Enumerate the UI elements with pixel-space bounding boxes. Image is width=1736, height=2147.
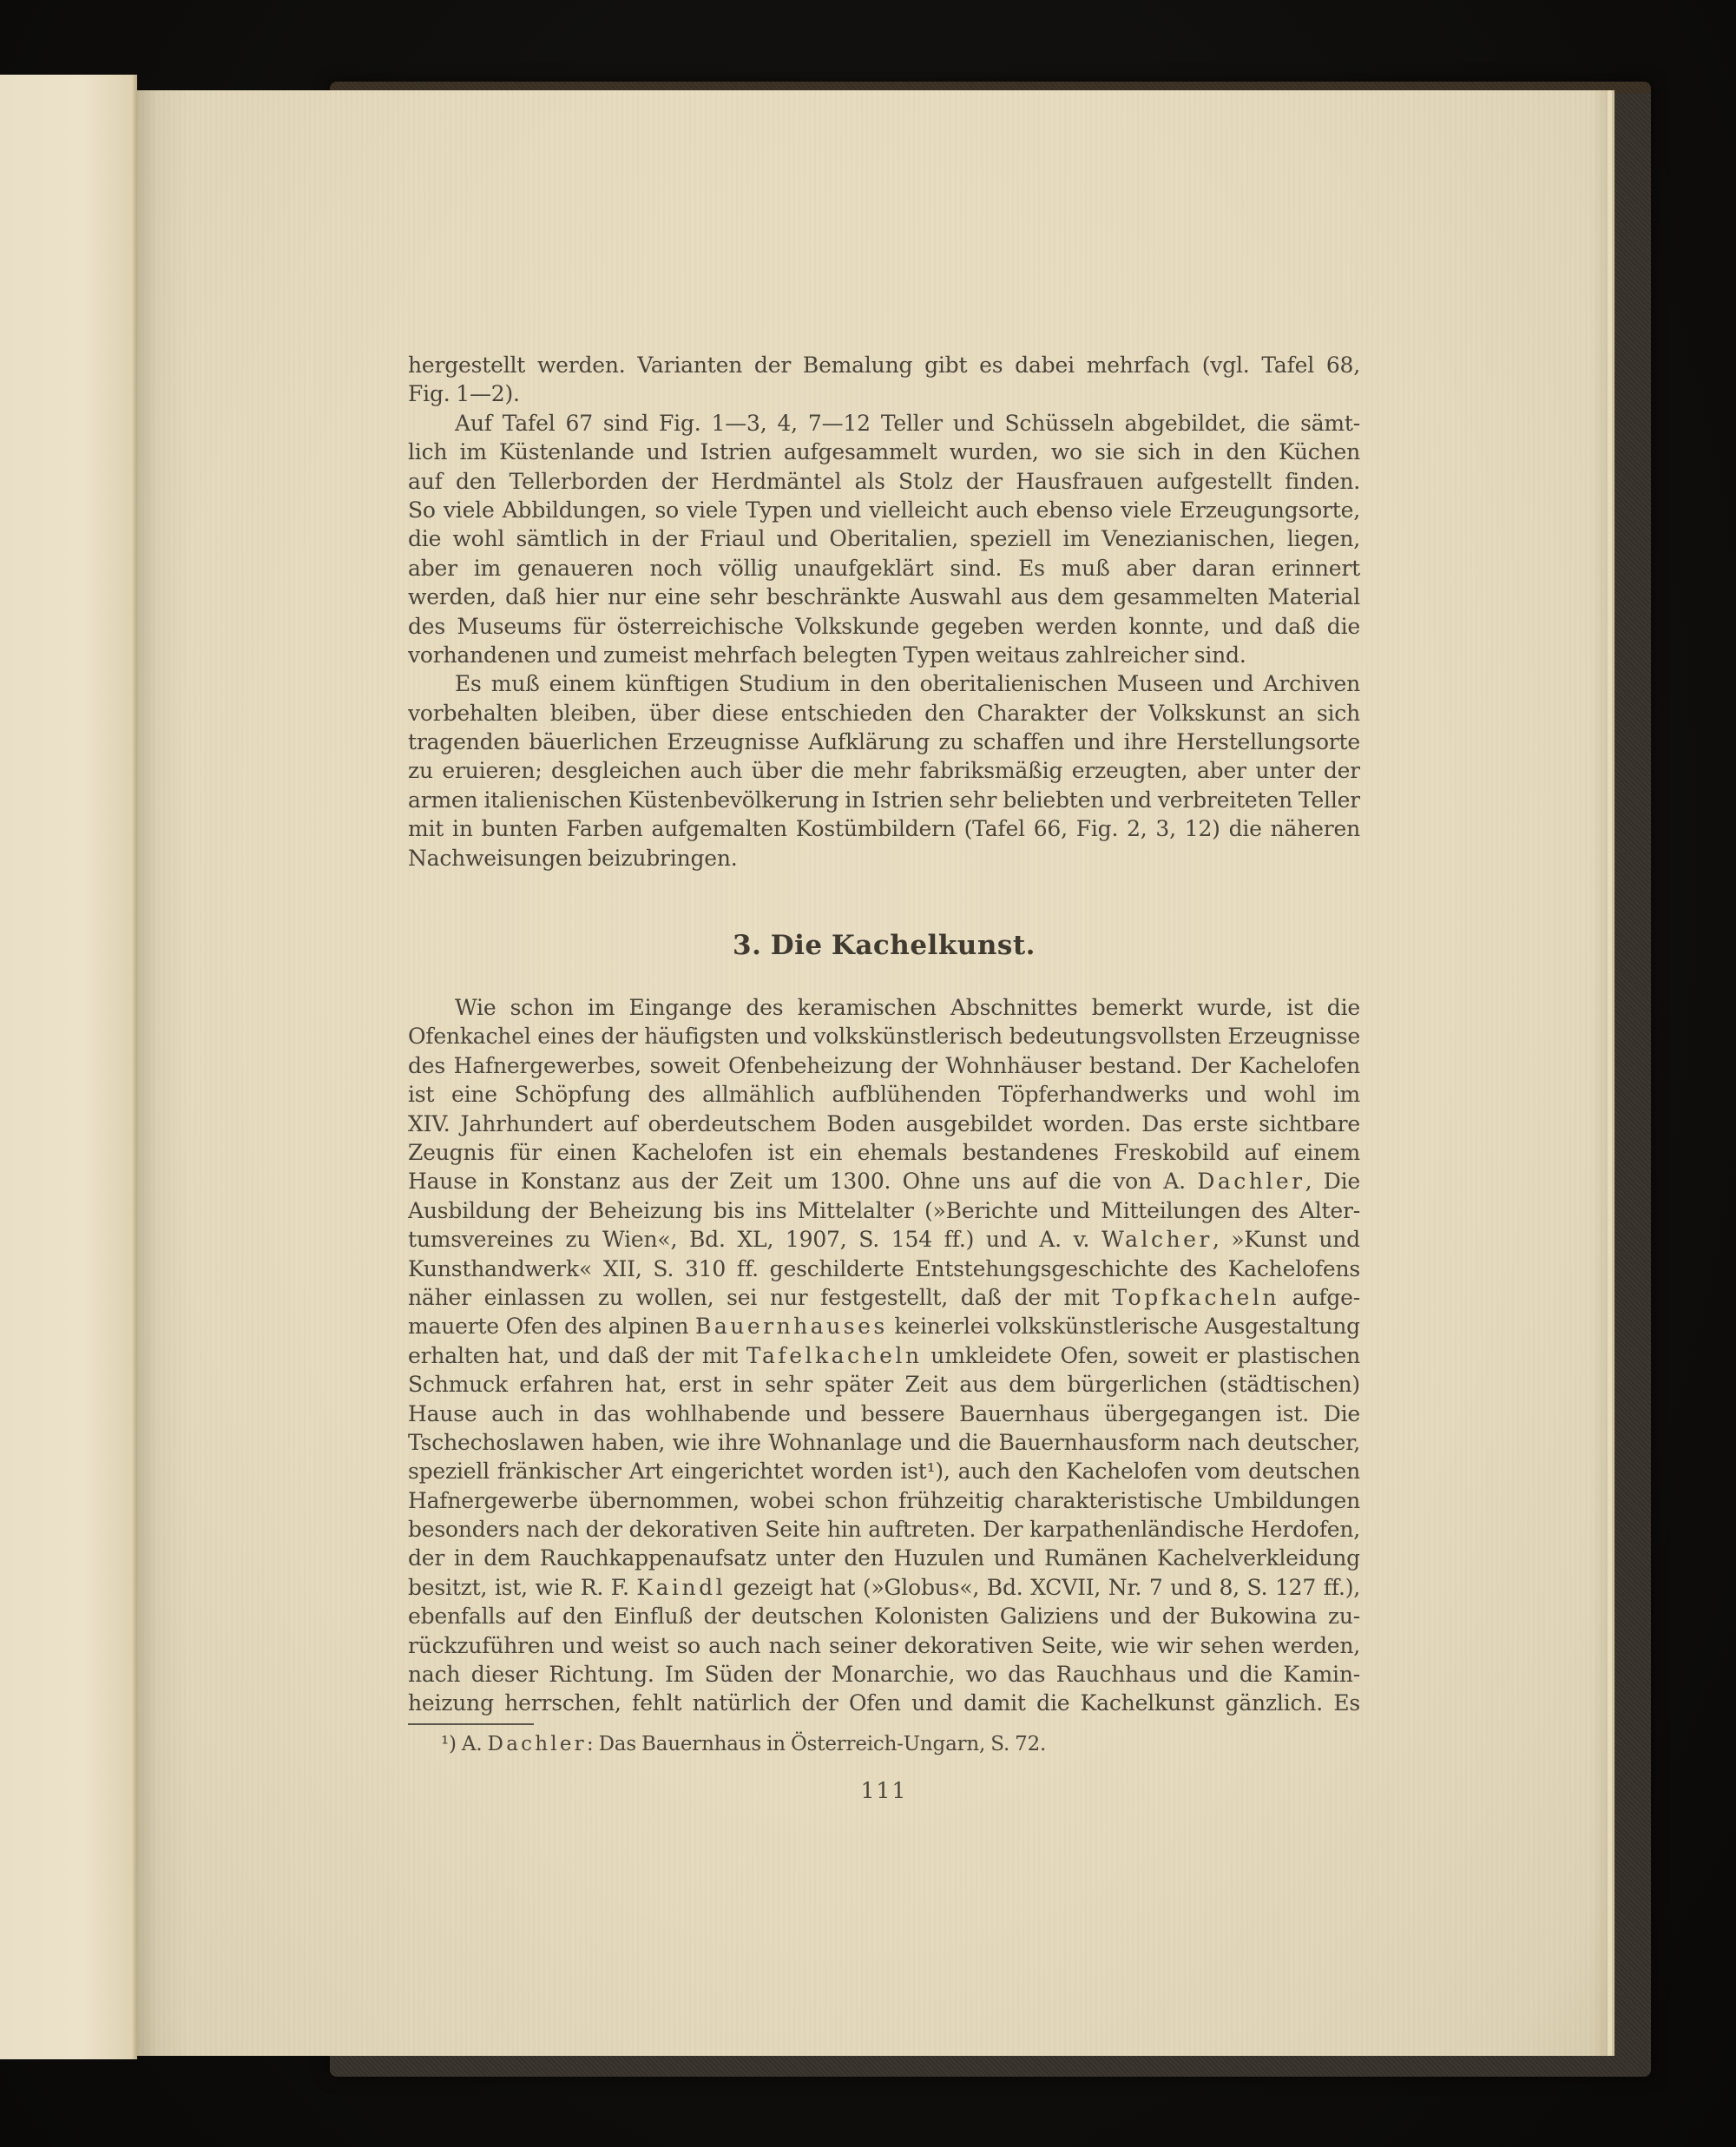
- text-line: rückzuführen und weist so auch nach sein…: [408, 1631, 1360, 1660]
- text-column: hergestellt werden. Varianten der Bemalu…: [408, 351, 1360, 1803]
- text-line: XIV. Jahrhundert auf oberdeutschem Boden…: [408, 1110, 1360, 1138]
- text-line: mauerte Ofen des alpinen Bauernhauses ke…: [408, 1312, 1360, 1340]
- letterspaced-text: Topfkacheln: [1112, 1285, 1279, 1310]
- text-line: zu eruieren; desgleichen auch über die m…: [408, 756, 1360, 785]
- facing-page-edge: [0, 75, 137, 2059]
- text-line: Hause in Konstanz aus der Zeit um 1300. …: [408, 1167, 1360, 1195]
- text-line: Nachweisungen beizubringen.: [408, 844, 1360, 873]
- text-line: besitzt, ist, wie R. F. Kaindl gezeigt h…: [408, 1573, 1360, 1602]
- text-line: erhalten hat, und daß der mit Tafelkache…: [408, 1341, 1360, 1370]
- text-line: mit in bunten Farben aufgemalten Kostümb…: [408, 814, 1360, 843]
- text-line: Ofenkachel eines der häufigsten und volk…: [408, 1022, 1360, 1050]
- text-line: vorbehalten bleiben, über diese entschie…: [408, 699, 1360, 728]
- text-line: aber im genaueren noch völlig unaufgeklä…: [408, 554, 1360, 583]
- paragraph-group-top: hergestellt werden. Varianten der Bemalu…: [408, 351, 1360, 873]
- text-line: ebenfalls auf den Einfluß der deutschen …: [408, 1602, 1360, 1630]
- text-line: Tschechoslawen haben, wie ihre Wohnanlag…: [408, 1428, 1360, 1457]
- text-line: tragenden bäuerlichen Erzeugnisse Aufklä…: [408, 728, 1360, 756]
- text-line: Schmuck erfahren hat, erst in sehr späte…: [408, 1370, 1360, 1399]
- letterspaced-text: Kaindl: [636, 1575, 726, 1600]
- page-number: 111: [408, 1778, 1360, 1803]
- paragraph: hergestellt werden. Varianten der Bemalu…: [408, 351, 1360, 409]
- book-page: hergestellt werden. Varianten der Bemalu…: [137, 90, 1614, 2056]
- text-line: ist eine Schöpfung des allmählich aufblü…: [408, 1080, 1360, 1109]
- text-line: besonders nach der dekorativen Seite hin…: [408, 1515, 1360, 1544]
- paragraph-group-bottom: Wie schon im Eingange des keramischen Ab…: [408, 993, 1360, 1718]
- text-line: armen italienischen Küstenbevölkerung in…: [408, 786, 1360, 814]
- paragraph: Auf Tafel 67 sind Fig. 1—3, 4, 7—12 Tell…: [408, 409, 1360, 670]
- text-line: heizung herrschen, fehlt natürlich der O…: [408, 1689, 1360, 1717]
- letterspaced-text: Dachler: [1197, 1169, 1305, 1194]
- photograph-background: hergestellt werden. Varianten der Bemalu…: [0, 0, 1736, 2147]
- page-edge-shadow: [1592, 90, 1614, 2056]
- text-line: Auf Tafel 67 sind Fig. 1—3, 4, 7—12 Tell…: [408, 409, 1360, 438]
- text-line: speziell fränkischer Art eingerichtet wo…: [408, 1457, 1360, 1485]
- text-line: vorhandenen und zumeist mehrfach belegte…: [408, 641, 1360, 669]
- text-line: des Hafnergewerbes, soweit Ofenbeheizung…: [408, 1051, 1360, 1080]
- text-line: tumsvereines zu Wien«, Bd. XL, 1907, S. …: [408, 1225, 1360, 1254]
- text-line: nach dieser Richtung. Im Süden der Monar…: [408, 1660, 1360, 1689]
- letterspaced-text: Tafelkacheln: [746, 1343, 923, 1368]
- text-line: Wie schon im Eingange des keramischen Ab…: [408, 993, 1360, 1022]
- text-line: näher einlassen zu wollen, sei nur festg…: [408, 1283, 1360, 1312]
- text-line: des Museums für österreichische Volkskun…: [408, 612, 1360, 641]
- text-line: die wohl sämtlich in der Friaul und Ober…: [408, 524, 1360, 553]
- paragraph: Es muß einem künftigen Studium in den ob…: [408, 669, 1360, 873]
- text-line: Ausbildung der Beheizung bis ins Mittela…: [408, 1196, 1360, 1225]
- text-line: Kunsthandwerk« XII, S. 310 ff. geschilde…: [408, 1255, 1360, 1283]
- text-line: So viele Abbildungen, so viele Typen und…: [408, 496, 1360, 524]
- text-line: werden, daß hier nur eine sehr beschränk…: [408, 583, 1360, 611]
- letterspaced-text: Dachler: [488, 1733, 587, 1755]
- text-line: Es muß einem künftigen Studium in den ob…: [408, 669, 1360, 698]
- text-line: Hause auch in das wohlhabende und besser…: [408, 1400, 1360, 1428]
- paragraph: Wie schon im Eingange des keramischen Ab…: [408, 993, 1360, 1718]
- footnote: ¹) A. Dachler: Das Bauernhaus in Österre…: [408, 1731, 1360, 1757]
- text-line: auf den Tellerborden der Herdmäntel als …: [408, 467, 1360, 496]
- text-line: der in dem Rauchkappenaufsatz unter den …: [408, 1544, 1360, 1572]
- text-line: hergestellt werden. Varianten der Bemalu…: [408, 351, 1360, 379]
- text-line: Hafnergewerbe übernommen, wobei schon fr…: [408, 1486, 1360, 1515]
- text-line: lich im Küstenlande und Istrien aufgesam…: [408, 438, 1360, 466]
- text-line: Zeugnis für einen Kachelofen ist ein ehe…: [408, 1138, 1360, 1167]
- section-heading: 3. Die Kachelkunst.: [408, 928, 1360, 963]
- letterspaced-text: Walcher: [1101, 1227, 1213, 1252]
- footnote-rule: [408, 1723, 534, 1725]
- letterspaced-text: Bauernhauses: [695, 1314, 888, 1339]
- text-line: Fig. 1—2).: [408, 379, 1360, 408]
- gutter-shadow: [137, 90, 189, 2056]
